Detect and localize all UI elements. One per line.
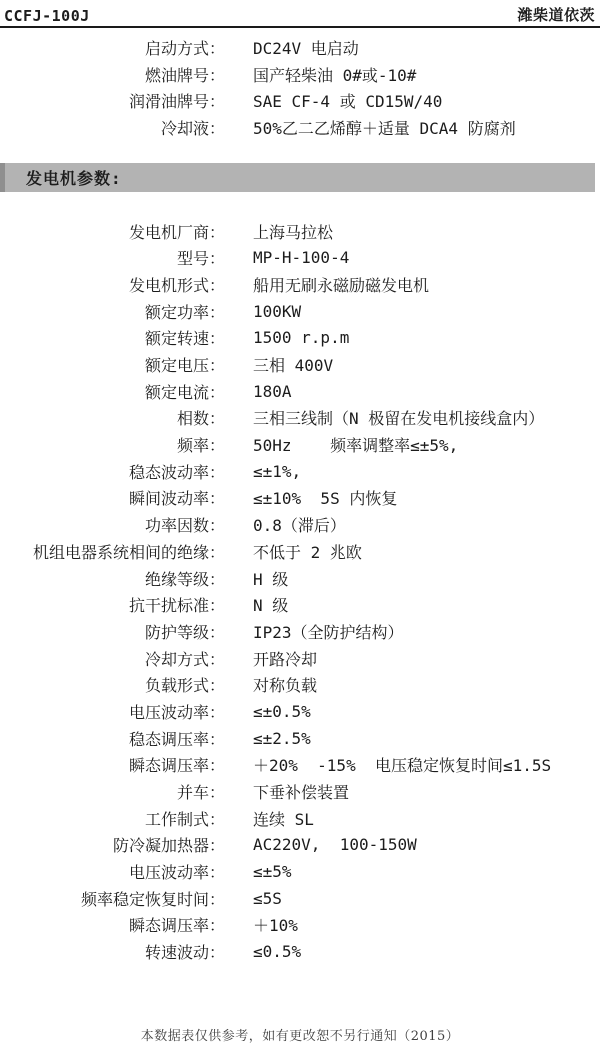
spec-value: N 级 (225, 593, 288, 616)
spec-value: 连续 SL (225, 807, 314, 830)
spec-row: 瞬间波动率： ≤±10% 5S 内恢复 (0, 485, 600, 512)
spec-label: 稳态波动率： (0, 460, 225, 483)
spec-label: 瞬态调压率： (0, 753, 225, 776)
spec-label: 额定电压： (0, 353, 225, 376)
spec-value: ≤±5% (225, 862, 292, 881)
spec-value: 对称负载 (225, 673, 317, 696)
spec-value: 50Hz 频率调整率≤±5%, (225, 433, 458, 456)
spec-row: 频率稳定恢复时间： ≤5S (0, 885, 600, 912)
spec-label: 额定电流： (0, 380, 225, 403)
spec-value: 开路冷却 (225, 647, 317, 670)
spec-value: MP-H-100-4 (225, 248, 349, 267)
spec-label: 瞬态调压率： (0, 913, 225, 936)
spec-value: 不低于 2 兆欧 (225, 540, 362, 563)
spec-value: 180A (225, 382, 292, 401)
spec-label: 抗干扰标准： (0, 593, 225, 616)
spec-row: 润滑油牌号： SAE CF-4 或 CD15W/40 (0, 87, 600, 114)
spec-value: 100KW (225, 302, 301, 321)
spec-row: 额定电流： 180A (0, 378, 600, 405)
spec-value: DC24V 电启动 (225, 36, 359, 59)
spec-label: 稳态调压率： (0, 727, 225, 750)
spec-row: 启动方式： DC24V 电启动 (0, 34, 600, 61)
spec-row: 瞬态调压率： ＋10% (0, 912, 600, 939)
spec-label: 绝缘等级： (0, 567, 225, 590)
engine-spec-list: 启动方式： DC24V 电启动 燃油牌号： 国产轻柴油 0#或-10# 润滑油牌… (0, 34, 600, 141)
spec-row: 抗干扰标准： N 级 (0, 591, 600, 618)
spec-row: 电压波动率： ≤±0.5% (0, 698, 600, 725)
spec-value: 50%乙二乙烯醇＋适量 DCA4 防腐剂 (225, 116, 516, 139)
spec-row: 防冷凝加热器： AC220V, 100-150W (0, 832, 600, 859)
spec-label: 频率稳定恢复时间： (0, 887, 225, 910)
spec-label: 负载形式： (0, 673, 225, 696)
spec-row: 发电机厂商： 上海马拉松 (0, 218, 600, 245)
spec-label: 功率因数： (0, 513, 225, 536)
spec-row: 防护等级： IP23（全防护结构） (0, 618, 600, 645)
spec-row: 额定功率： 100KW (0, 298, 600, 325)
spec-value: ≤±10% 5S 内恢复 (225, 486, 397, 509)
spec-value: SAE CF-4 或 CD15W/40 (225, 89, 442, 112)
spec-value: ≤5S (225, 889, 282, 908)
spec-value: ≤±2.5% (225, 729, 311, 748)
spec-value: 下垂补偿装置 (225, 780, 349, 803)
spec-row: 稳态调压率： ≤±2.5% (0, 725, 600, 752)
spec-value: IP23（全防护结构） (225, 620, 404, 643)
spec-label: 冷却方式： (0, 647, 225, 670)
spec-label: 发电机厂商： (0, 220, 225, 243)
brand-name: 潍柴道依茨 (517, 4, 595, 25)
spec-row: 功率因数： 0.8（滞后） (0, 511, 600, 538)
spec-label: 型号： (0, 246, 225, 269)
spec-row: 冷却液： 50%乙二乙烯醇＋适量 DCA4 防腐剂 (0, 114, 600, 141)
spec-value: ≤0.5% (225, 942, 301, 961)
spec-row: 额定电压： 三相 400V (0, 351, 600, 378)
spec-label: 相数： (0, 406, 225, 429)
spec-label: 额定转速： (0, 326, 225, 349)
spec-value: ＋20% -15% 电压稳定恢复时间≤1.5S (225, 753, 551, 776)
generator-spec-list: 发电机厂商： 上海马拉松 型号： MP-H-100-4 发电机形式： 船用无刷永… (0, 218, 600, 965)
spec-row: 瞬态调压率： ＋20% -15% 电压稳定恢复时间≤1.5S (0, 752, 600, 779)
spec-value: ≤±1%, (225, 462, 301, 481)
spec-row: 工作制式： 连续 SL (0, 805, 600, 832)
spec-row: 发电机形式： 船用无刷永磁励磁发电机 (0, 271, 600, 298)
spec-value: 0.8（滞后） (225, 513, 346, 536)
spec-label: 并车： (0, 780, 225, 803)
document-header: CCFJ-100J 潍柴道依茨 (0, 0, 600, 28)
spec-value: AC220V, 100-150W (225, 835, 417, 854)
spec-value: H 级 (225, 567, 288, 590)
spec-row: 电压波动率： ≤±5% (0, 858, 600, 885)
datasheet-page: CCFJ-100J 潍柴道依茨 启动方式： DC24V 电启动 燃油牌号： 国产… (0, 0, 600, 1050)
spec-label: 转速波动： (0, 940, 225, 963)
spec-label: 电压波动率： (0, 860, 225, 883)
section-title: 发电机参数: (26, 166, 122, 189)
spec-value: 1500 r.p.m (225, 328, 349, 347)
spec-label: 燃油牌号： (0, 63, 225, 86)
spec-label: 启动方式： (0, 36, 225, 59)
spec-label: 防冷凝加热器： (0, 833, 225, 856)
spec-label: 防护等级： (0, 620, 225, 643)
spec-row: 燃油牌号： 国产轻柴油 0#或-10# (0, 61, 600, 88)
spec-label: 冷却液： (0, 116, 225, 139)
spec-value: 三相三线制（N 极留在发电机接线盒内） (225, 406, 544, 429)
spec-row: 机组电器系统相间的绝缘： 不低于 2 兆欧 (0, 538, 600, 565)
spec-value: 船用无刷永磁励磁发电机 (225, 273, 429, 296)
spec-row: 频率： 50Hz 频率调整率≤±5%, (0, 431, 600, 458)
spec-label: 机组电器系统相间的绝缘： (0, 540, 225, 563)
spec-row: 型号： MP-H-100-4 (0, 244, 600, 271)
spec-row: 相数： 三相三线制（N 极留在发电机接线盒内） (0, 405, 600, 432)
spec-label: 瞬间波动率： (0, 486, 225, 509)
spec-row: 并车： 下垂补偿装置 (0, 778, 600, 805)
spec-row: 冷却方式： 开路冷却 (0, 645, 600, 672)
spec-value: ＋10% (225, 913, 298, 936)
model-code: CCFJ-100J (4, 7, 90, 25)
spec-row: 额定转速： 1500 r.p.m (0, 325, 600, 352)
spec-label: 发电机形式： (0, 273, 225, 296)
spec-value: 上海马拉松 (225, 220, 333, 243)
footer-disclaimer: 本数据表仅供参考，如有更改恕不另行通知（2015） (0, 1025, 600, 1044)
spec-value: ≤±0.5% (225, 702, 311, 721)
spec-label: 额定功率： (0, 300, 225, 323)
spec-label: 电压波动率： (0, 700, 225, 723)
spec-value: 国产轻柴油 0#或-10# (225, 63, 416, 86)
spec-row: 转速波动： ≤0.5% (0, 938, 600, 965)
spec-row: 负载形式： 对称负载 (0, 671, 600, 698)
spec-row: 稳态波动率： ≤±1%, (0, 458, 600, 485)
spec-row: 绝缘等级： H 级 (0, 565, 600, 592)
spec-label: 频率： (0, 433, 225, 456)
generator-section-banner: 发电机参数: (0, 163, 595, 192)
spec-label: 工作制式： (0, 807, 225, 830)
spec-value: 三相 400V (225, 353, 333, 376)
spec-label: 润滑油牌号： (0, 89, 225, 112)
